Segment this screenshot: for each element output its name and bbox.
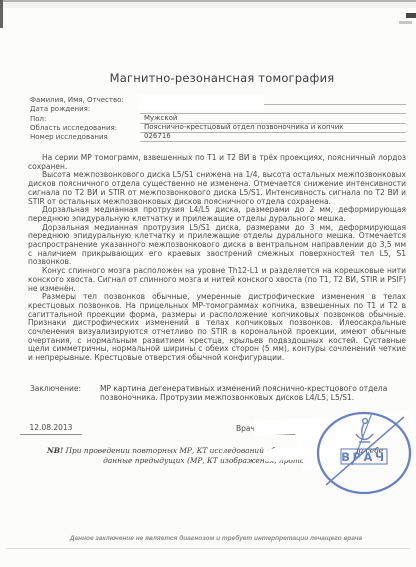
scanned-mri-report-page: Магнитно-резонансная томография Фамилия,… (0, 0, 416, 567)
footer-divider-line (6, 548, 410, 549)
report-body: На серии МР томограмм, взвешенных по Т1 … (28, 154, 406, 363)
field-value-study-number: 026716 (140, 132, 406, 142)
report-paragraph: Высота межпозвонкового диска L5/S1 сниже… (28, 171, 406, 206)
footer-disclaimer: Данное заключение не является диагнозом … (0, 535, 416, 542)
field-row-study-number: Номер исследования 026716 (0, 133, 406, 142)
field-label-birthdate: Дата рождения: (30, 105, 90, 113)
report-paragraph: Дорзальная медианная протрузия L4/L5 дис… (28, 206, 406, 223)
report-date: 12.08.2013 (20, 423, 82, 435)
doctor-stamp: ВРАЧ (312, 409, 416, 501)
redaction-patient-data (138, 95, 264, 111)
report-paragraph: Дорзальная медианная протрузия L5/S1 дис… (28, 224, 406, 268)
scan-mark-right-gray (399, 21, 412, 24)
report-paragraph: На серии МР томограмм, взвешенных по Т1 … (28, 154, 406, 171)
report-paragraph: Конус спинного мозга расположен на уровн… (28, 267, 406, 293)
scan-edge-top-fade (0, 2, 416, 8)
report-paragraph: Размеры тел позвонков обычные, умеренные… (28, 293, 406, 363)
field-label-name: Фамилия, Имя, Отчество: (30, 96, 124, 104)
scan-mark-right-dark (406, 13, 416, 18)
document-title: Магнитно-резонансная томография (0, 71, 416, 85)
field-label-region: Область исследования: (30, 124, 117, 132)
scan-mark-left (0, 0, 3, 28)
field-label-study-number: Номер исследования (30, 133, 108, 141)
stamp-text: ВРАЧ (341, 450, 386, 464)
conclusion-label: Заключение: (30, 384, 81, 393)
nb-prefix: NB! (47, 446, 63, 455)
conclusion-text: МР картина дегенеративных изменений пояс… (100, 384, 390, 402)
field-label-sex: Пол: (30, 115, 46, 123)
medical-bowl-snake-icon (356, 419, 373, 442)
